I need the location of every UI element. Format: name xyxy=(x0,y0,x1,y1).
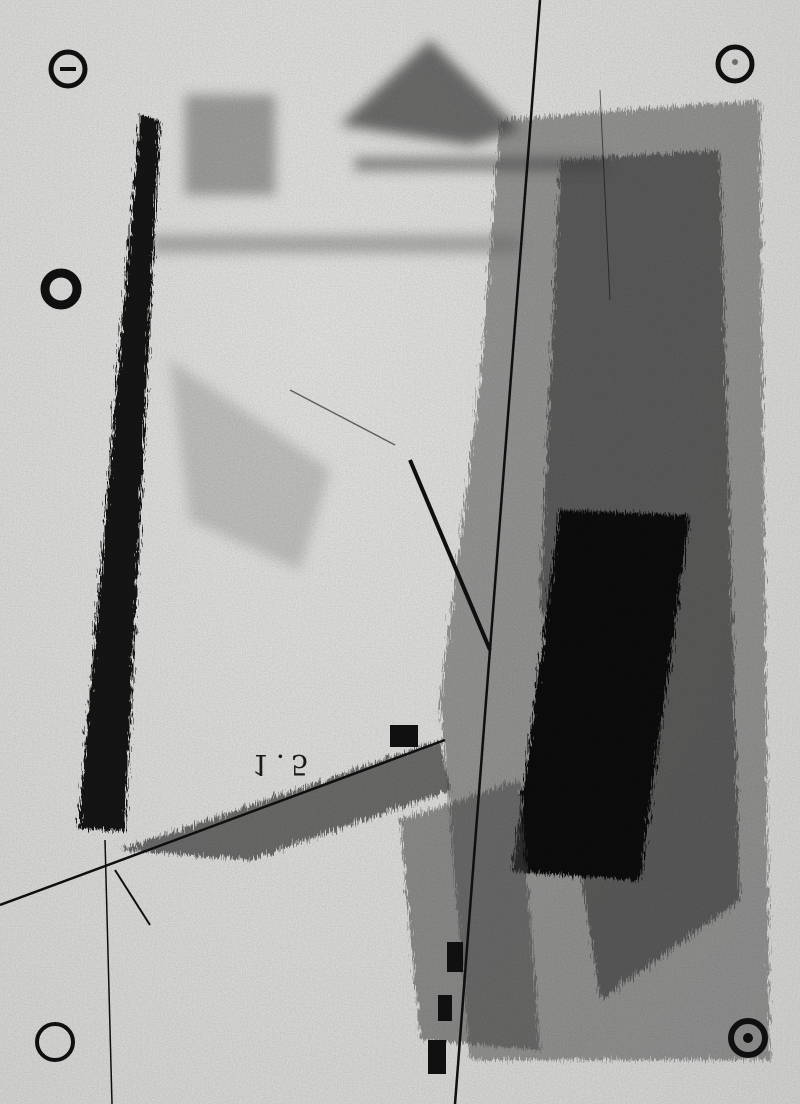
abstract-print: 1.5 xyxy=(0,0,800,1104)
print-canvas xyxy=(0,0,800,1104)
handwritten-mark: 1.5 xyxy=(252,748,315,781)
paper-grain xyxy=(0,0,800,1104)
